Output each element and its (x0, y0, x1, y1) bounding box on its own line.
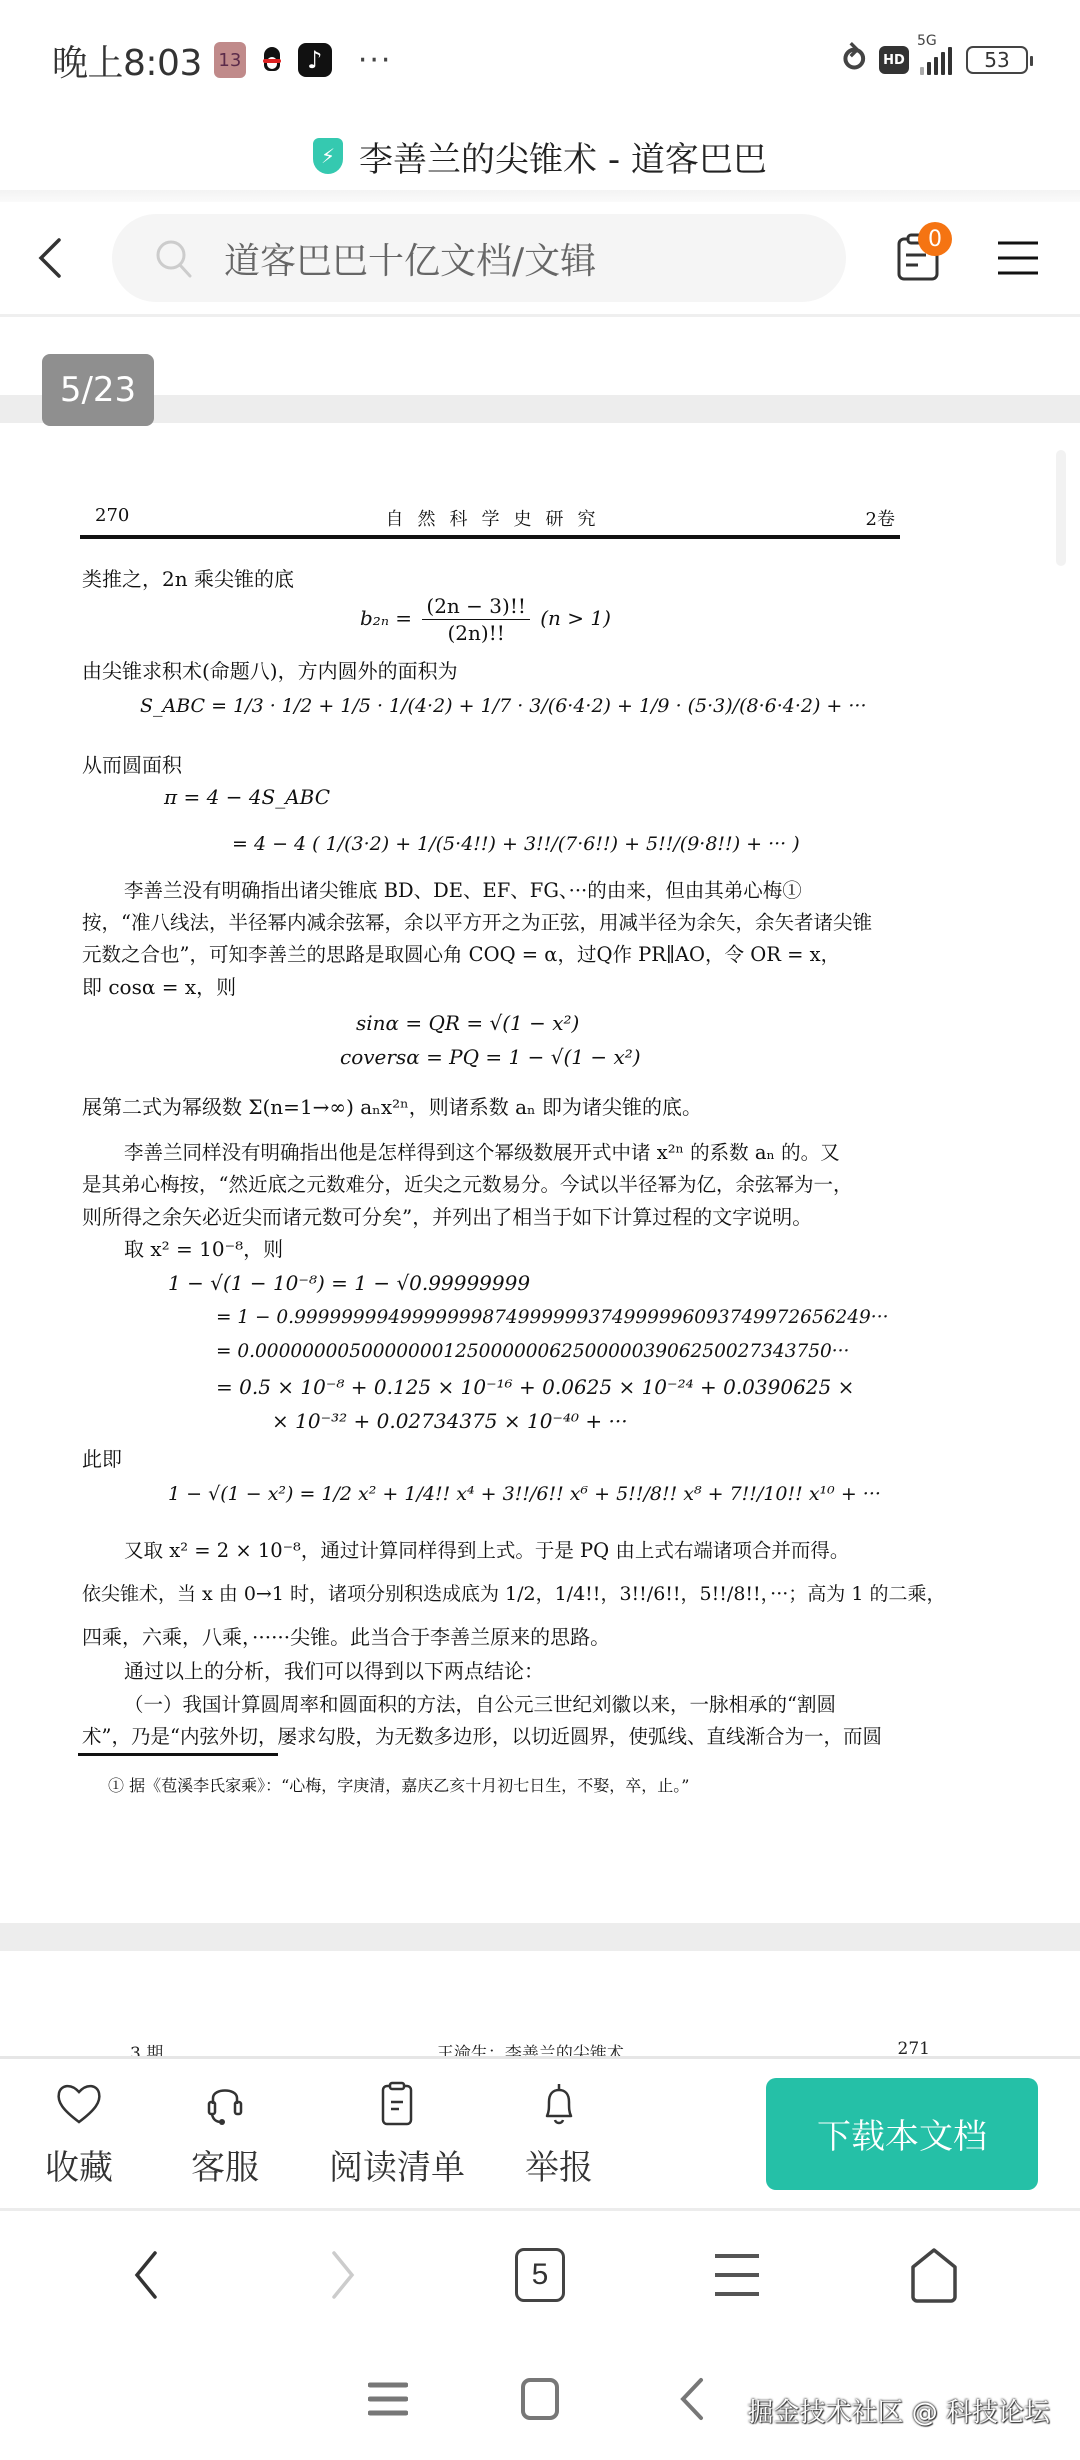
text-line: 是其弟心梅按，“然近底之元数难分，近尖之元数易分。今试以半径幂为亿，余弦幂为一， (82, 1169, 852, 1197)
equation: π = 4 − 4S_ABC (164, 785, 330, 809)
hamburger-icon (713, 2252, 761, 2298)
home-icon (909, 2247, 959, 2303)
tiktok-icon: ♪ (298, 43, 332, 77)
equation: coversα = PQ = 1 − √(1 − x²) (340, 1045, 641, 1069)
system-back-button[interactable] (652, 2359, 732, 2439)
page-number: 270 (95, 505, 129, 531)
search-input[interactable]: 道客巴巴十亿文档/文辑 (112, 214, 846, 302)
status-indicators: ⥁ HD 5G 53 (841, 40, 1029, 80)
site-nav-bar: 道客巴巴十亿文档/文辑 0 (0, 202, 1080, 314)
text-line: 则所得之余矢必近尖而诸元数可分矣”，并列出了相当于如下计算过程的文字说明。 (82, 1201, 812, 1230)
browser-title-bar: ⚡ 李善兰的尖锥术 - 道客巴巴 (0, 120, 1080, 192)
text-line: 又取 x² = 2 × 10⁻⁸，通过计算同样得到上式。于是 PQ 由上式右端诸… (124, 1535, 849, 1563)
text-line: 由尖锥求积术(命题八)，方内圆外的面积为 (82, 655, 458, 684)
back-arrow-icon (677, 2377, 707, 2421)
report-button[interactable]: 举报 (490, 2078, 628, 2189)
link-icon: ⥁ (841, 40, 870, 80)
running-head: 270 自然科学史研究 2卷 (95, 505, 895, 531)
back-button[interactable] (0, 208, 100, 308)
text-line: 从而圆面积 (82, 749, 182, 778)
volume: 2卷 (866, 505, 895, 531)
browser-back-button[interactable] (106, 2235, 186, 2315)
text-line: 通过以上的分析，我们可以得到以下两点结论： (124, 1655, 544, 1684)
text-line: 展第二式为幂级数 Σ(n=1→∞) aₙx²ⁿ，则诸系数 aₙ 即为诸尖锥的底。 (82, 1091, 702, 1120)
clock: 晚上8:03 (52, 35, 202, 86)
equation: sinα = QR = √(1 − x²) (356, 1011, 579, 1035)
equation: 1 − √(1 − x²) = 1/2 x² + 1/4!! x⁴ + 3!!/… (168, 1483, 881, 1505)
clipboard-icon (371, 2078, 423, 2130)
running-head: 3 期 王渝生：李善兰的尖锥术 271 (130, 2039, 930, 2056)
footnote-rule (78, 1753, 278, 1756)
system-home-button[interactable] (500, 2359, 580, 2439)
reading-list-button[interactable]: 0 (888, 228, 948, 288)
text-line: 术”，乃是“内弦外切，屡求勾股，为无数多边形，以切近圆界，使弧线、直线渐合为一，… (82, 1721, 882, 1749)
text-line: 按，“准八线法，半径幂内减余弦幂，余以平方开之为正弦，用减半径为余矢，余矢者诸尖… (82, 907, 872, 935)
equation: = 0.5 × 10⁻⁸ + 0.125 × 10⁻¹⁶ + 0.0625 × … (216, 1375, 854, 1399)
search-placeholder: 道客巴巴十亿文档/文辑 (224, 233, 596, 284)
equation: × 10⁻³² + 0.02734375 × 10⁻⁴⁰ + ··· (272, 1409, 628, 1433)
favorite-label: 收藏 (45, 2140, 113, 2189)
network-type: 5G (917, 33, 937, 49)
bell-icon (533, 2078, 585, 2130)
equation: = 0.000000005000000012500000062500000390… (216, 1341, 849, 1362)
text-line: 李善兰同样没有明确指出他是怎样得到这个幂级数展开式中诸 x²ⁿ 的系数 aₙ 的… (124, 1137, 840, 1165)
watermark: 掘金技术社区 @ 科技论坛 (747, 2392, 1050, 2429)
page-indicator: 5/23 (42, 354, 154, 426)
recent-apps-button[interactable] (348, 2359, 428, 2439)
equation: 1 − √(1 − 10⁻⁸) = 1 − √0.99999999 (168, 1271, 530, 1295)
download-button[interactable]: 下载本文档 (766, 2078, 1038, 2190)
running-title: 王渝生：李善兰的尖锥术 (437, 2039, 624, 2056)
square-icon (520, 2377, 560, 2421)
browser-menu-button[interactable] (697, 2235, 777, 2315)
recents-icon (368, 2379, 408, 2419)
menu-button[interactable] (988, 228, 1048, 288)
reading-list-action[interactable]: 阅读清单 (312, 2078, 482, 2189)
text-line: 元数之合也”，可知李善兰的思路是取圆心角 COQ = α，过Q作 PR∥AO，令… (82, 939, 840, 967)
tab-count: 5 (515, 2248, 565, 2302)
page-gap (0, 395, 1080, 423)
more-notifications-icon: ··· (358, 43, 393, 78)
action-bar: 收藏 客服 阅读清单 举报 下载本文档 (0, 2056, 1080, 2208)
browser-forward-button[interactable] (303, 2235, 383, 2315)
home-button[interactable] (894, 2235, 974, 2315)
status-bar: 晚上8:03 13 ♪ ··· ⥁ HD 5G 53 (0, 0, 1080, 120)
divider (0, 190, 1080, 202)
header-rule (80, 535, 900, 539)
service-label: 客服 (191, 2140, 259, 2189)
issue-number: 3 期 (130, 2039, 163, 2056)
text-line: 取 x² = 10⁻⁸，则 (124, 1233, 283, 1262)
text-line: 李善兰没有明确指出诸尖锥底 BD、DE、EF、FG、···的由来，但由其弟心梅① (124, 875, 802, 903)
page-title: 李善兰的尖锥术 - 道客巴巴 (359, 132, 767, 181)
favorite-button[interactable]: 收藏 (10, 2078, 148, 2189)
reading-list-badge: 0 (918, 222, 952, 256)
chevron-left-icon (131, 2250, 161, 2300)
calendar-icon: 13 (214, 42, 246, 78)
qq-icon (258, 43, 286, 77)
report-label: 举报 (525, 2140, 593, 2189)
signal-icon: 5G (917, 45, 952, 75)
equation: = 1 − 0.99999999499999998749999993749999… (216, 1307, 888, 1328)
hamburger-icon (997, 240, 1039, 276)
chevron-left-icon (35, 236, 65, 280)
next-document-page[interactable]: 3 期 王渝生：李善兰的尖锥术 271 (0, 1951, 1080, 2056)
text-line: 此即 (82, 1443, 122, 1472)
reading-list-label: 阅读清单 (329, 2140, 465, 2189)
page-gap (0, 1923, 1080, 1951)
journal-title: 自然科学史研究 (385, 505, 609, 531)
heart-icon (53, 2078, 105, 2130)
search-icon (154, 238, 194, 278)
text-line: 类推之，2n 乘尖锥的底 (82, 563, 294, 592)
equation: b₂ₙ = (2n − 3)!!(2n)!! (n > 1) (360, 593, 611, 646)
page-number: 271 (898, 2039, 930, 2056)
customer-service-button[interactable]: 客服 (156, 2078, 294, 2189)
hd-icon: HD (879, 46, 909, 74)
equation: = 4 − 4 ( 1/(3·2) + 1/(5·4!!) + 3!!/(7·6… (232, 833, 800, 855)
equation: S_ABC = 1/3 · 1/2 + 1/5 · 1/(4·2) + 1/7 … (140, 695, 867, 717)
chevron-right-icon (328, 2250, 358, 2300)
scrollbar[interactable] (1056, 450, 1066, 566)
battery-icon: 53 (966, 46, 1028, 74)
shield-icon: ⚡ (313, 138, 343, 174)
tabs-button[interactable]: 5 (500, 2235, 580, 2315)
browser-toolbar: 5 (0, 2208, 1080, 2338)
text-line: 依尖锥术，当 x 由 0→1 时，诸项分别积迭成底为 1/2，1/4!!，3!!… (82, 1579, 945, 1606)
text-line: 四乘，六乘，八乘，······尖锥。此当合于李善兰原来的思路。 (82, 1621, 610, 1650)
footnote: ① 据《苞溪李氏家乘》：“心梅，字庚清，嘉庆乙亥十月初七日生，不娶，卒，止。” (108, 1773, 689, 1796)
document-page[interactable]: 270 自然科学史研究 2卷 类推之，2n 乘尖锥的底 b₂ₙ = (2n − … (0, 423, 1080, 1923)
headset-icon (199, 2078, 251, 2130)
divider (0, 314, 1080, 317)
text-line: （一）我国计算圆周率和圆面积的方法，自公元三世纪刘徽以来，一脉相承的“割圆 (124, 1689, 836, 1717)
text-line: 即 cosα = x，则 (82, 971, 236, 1000)
